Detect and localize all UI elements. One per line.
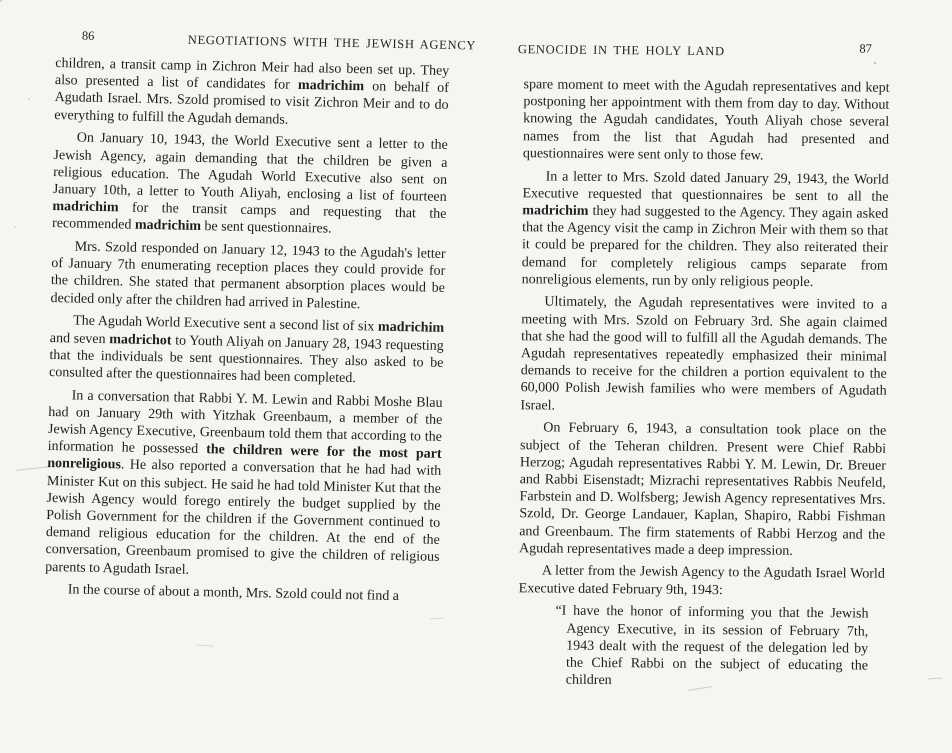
running-title-left: NEGOTIATIONS WITH THE JEWISH AGENCY bbox=[188, 33, 477, 54]
paragraph: On February 6, 1943, a consultation took… bbox=[519, 420, 886, 561]
page-right-body: spare moment to meet with the Agudah rep… bbox=[518, 76, 890, 692]
running-title-right: GENOCIDE IN THE HOLY LAND bbox=[518, 42, 725, 59]
scanned-book-spread: 86 NEGOTIATIONS WITH THE JEWISH AGENCY c… bbox=[0, 0, 952, 753]
paragraph: spare moment to meet with the Agudah rep… bbox=[523, 76, 890, 166]
page-number-left: 86 bbox=[82, 29, 95, 44]
page-left-body: children, a transit camp in Zichron Meir… bbox=[45, 55, 450, 606]
text-segment: In a letter to Mrs. Szold dated January … bbox=[522, 169, 888, 204]
paragraph: In a conversation that Rabbi Y. M. Lewin… bbox=[45, 387, 443, 584]
text-segment: On January 10, 1943, the World Executive… bbox=[53, 131, 448, 205]
page-right-header: GENOCIDE IN THE HOLY LAND 87 bbox=[524, 36, 890, 56]
paragraph: The Agudah World Executive sent a second… bbox=[49, 312, 444, 389]
paragraph: In the course of about a month, Mrs. Szo… bbox=[45, 581, 439, 606]
bold-text-segment: madrichim bbox=[522, 203, 588, 219]
text-segment: In the course of about a month, Mrs. Szo… bbox=[68, 583, 400, 605]
bold-text-segment: madrichim bbox=[52, 199, 118, 215]
paragraph: In a letter to Mrs. Szold dated January … bbox=[522, 168, 889, 292]
scan-noise-speckles bbox=[0, 0, 2, 2]
paragraph: On January 10, 1943, the World Executive… bbox=[52, 129, 448, 240]
page-number-right: 87 bbox=[859, 41, 872, 56]
text-segment: On February 6, 1943, a consultation took… bbox=[519, 421, 886, 559]
paragraph: A letter from the Jewish Agency to the A… bbox=[519, 563, 885, 601]
paragraph: Ultimately, the Agudah representatives w… bbox=[520, 294, 887, 418]
paragraph: children, a transit camp in Zichron Meir… bbox=[54, 55, 449, 132]
scan-smudge bbox=[430, 618, 444, 620]
text-segment: “I have the honor of informing you that … bbox=[555, 604, 868, 688]
page-right: GENOCIDE IN THE HOLY LAND 87 spare momen… bbox=[518, 36, 890, 692]
bold-text-segment: madrichim bbox=[378, 320, 444, 336]
scan-smudge bbox=[16, 466, 50, 471]
text-segment: and seven bbox=[50, 331, 110, 347]
scan-smudge bbox=[196, 644, 214, 646]
paragraph: Mrs. Szold responded on January 12, 1943… bbox=[50, 238, 445, 315]
scan-smudge bbox=[928, 678, 942, 680]
text-segment: spare moment to meet with the Agudah rep… bbox=[523, 77, 890, 163]
bold-text-segment: madrichot bbox=[109, 332, 172, 348]
bold-text-segment: madrichim bbox=[135, 218, 201, 234]
text-segment: A letter from the Jewish Agency to the A… bbox=[519, 564, 885, 598]
text-segment: Ultimately, the Agudah representatives w… bbox=[520, 295, 887, 413]
page-left: 86 NEGOTIATIONS WITH THE JEWISH AGENCY c… bbox=[44, 28, 449, 612]
letter-quote: “I have the honor of informing you that … bbox=[566, 603, 869, 692]
page-left-header: 86 NEGOTIATIONS WITH THE JEWISH AGENCY bbox=[56, 28, 450, 52]
text-segment: Mrs. Szold responded on January 12, 1943… bbox=[50, 239, 445, 311]
bold-text-segment: madrichim bbox=[298, 78, 364, 94]
text-segment: be sent questionnaires. bbox=[201, 219, 332, 237]
text-segment: . He also reported a conversation that h… bbox=[45, 458, 441, 578]
